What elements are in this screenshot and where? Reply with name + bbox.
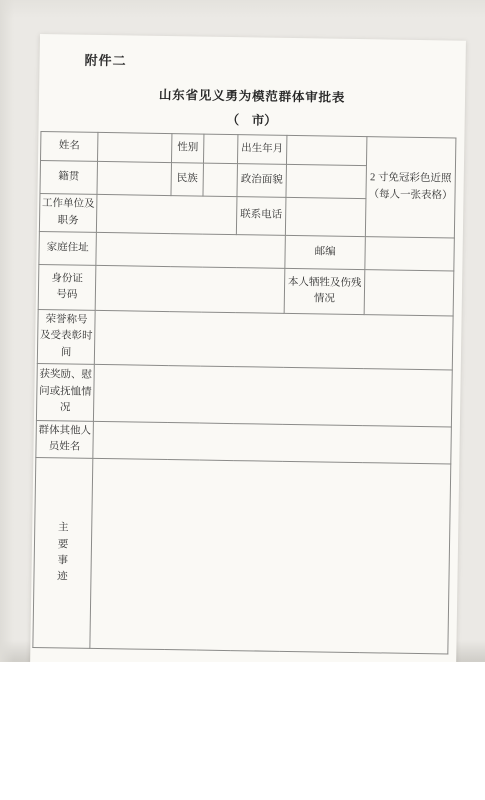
photo-instruction-cell: 2 寸免冠彩色近照 （每人一张表格） bbox=[365, 137, 456, 238]
political-status-label-cell: 政治面貌 bbox=[237, 164, 287, 198]
work-unit-label-cell: 工作单位及 职务 bbox=[39, 194, 97, 233]
native-place-label-cell: 籍贯 bbox=[40, 161, 98, 195]
honor-title-value-cell bbox=[94, 310, 453, 369]
approval-form-table: 姓名 性别 出生年月 2 寸免冠彩色近照 （每人一张表格） 籍贯 民族 政治面貌… bbox=[32, 131, 456, 655]
table-row: 荣誉称号 及受表彰时 间 bbox=[37, 310, 453, 370]
political-status-value-cell bbox=[286, 164, 367, 198]
name-label-cell: 姓名 bbox=[41, 132, 98, 162]
table-row: 群体其他人 员姓名 bbox=[36, 420, 452, 464]
award-compensation-label-cell: 获奖励、慰 问或抚恤情 况 bbox=[36, 363, 94, 421]
document-title: 山东省见义勇为模范群体审批表 bbox=[39, 83, 465, 108]
work-unit-value-cell bbox=[96, 194, 237, 234]
honor-title-label-cell: 荣誉称号 及受表彰时 间 bbox=[37, 310, 95, 365]
document-subtitle: （ 市） bbox=[39, 107, 465, 132]
contact-phone-value-cell bbox=[285, 197, 366, 236]
attachment-label: 附件二 bbox=[84, 50, 126, 70]
home-address-label-cell: 家庭住址 bbox=[39, 232, 97, 266]
ethnicity-label-cell: 民族 bbox=[171, 163, 204, 196]
id-number-label-cell: 身份证 号码 bbox=[38, 265, 96, 311]
table-row: 身份证 号码 本人牺牲及伤残 情况 bbox=[38, 265, 454, 317]
id-number-value-cell bbox=[95, 265, 285, 313]
gender-label-cell: 性别 bbox=[171, 134, 203, 163]
birth-date-label-cell: 出生年月 bbox=[237, 135, 286, 165]
gender-value-cell bbox=[203, 134, 237, 164]
name-value-cell bbox=[98, 132, 172, 162]
home-address-value-cell bbox=[96, 232, 285, 268]
postal-code-label-cell: 邮编 bbox=[285, 235, 366, 269]
main-deeds-value-cell bbox=[90, 459, 451, 655]
sacrifice-disability-label-cell: 本人牺牲及伤残 情况 bbox=[284, 268, 365, 314]
postal-code-value-cell bbox=[365, 237, 455, 271]
scanned-sheet-background: 附件二 山东省见义勇为模范群体审批表 （ 市） 姓名 性别 出生年月 2 寸免冠 bbox=[0, 0, 485, 662]
birth-date-value-cell bbox=[286, 135, 366, 165]
sacrifice-disability-value-cell bbox=[364, 270, 454, 316]
award-compensation-value-cell bbox=[93, 364, 452, 427]
other-members-value-cell bbox=[93, 421, 452, 464]
contact-phone-label-cell: 联系电话 bbox=[236, 197, 286, 236]
main-deeds-label-cell: 主 要 事 迹 bbox=[33, 458, 93, 649]
table-row: 主 要 事 迹 bbox=[33, 458, 451, 654]
native-place-value-cell bbox=[97, 161, 172, 195]
ethnicity-value-cell bbox=[203, 163, 238, 197]
other-members-label-cell: 群体其他人 员姓名 bbox=[36, 420, 94, 458]
table-row: 获奖励、慰 问或抚恤情 况 bbox=[36, 363, 452, 427]
document-page: 附件二 山东省见义勇为模范群体审批表 （ 市） 姓名 性别 出生年月 2 寸免冠 bbox=[30, 34, 466, 662]
